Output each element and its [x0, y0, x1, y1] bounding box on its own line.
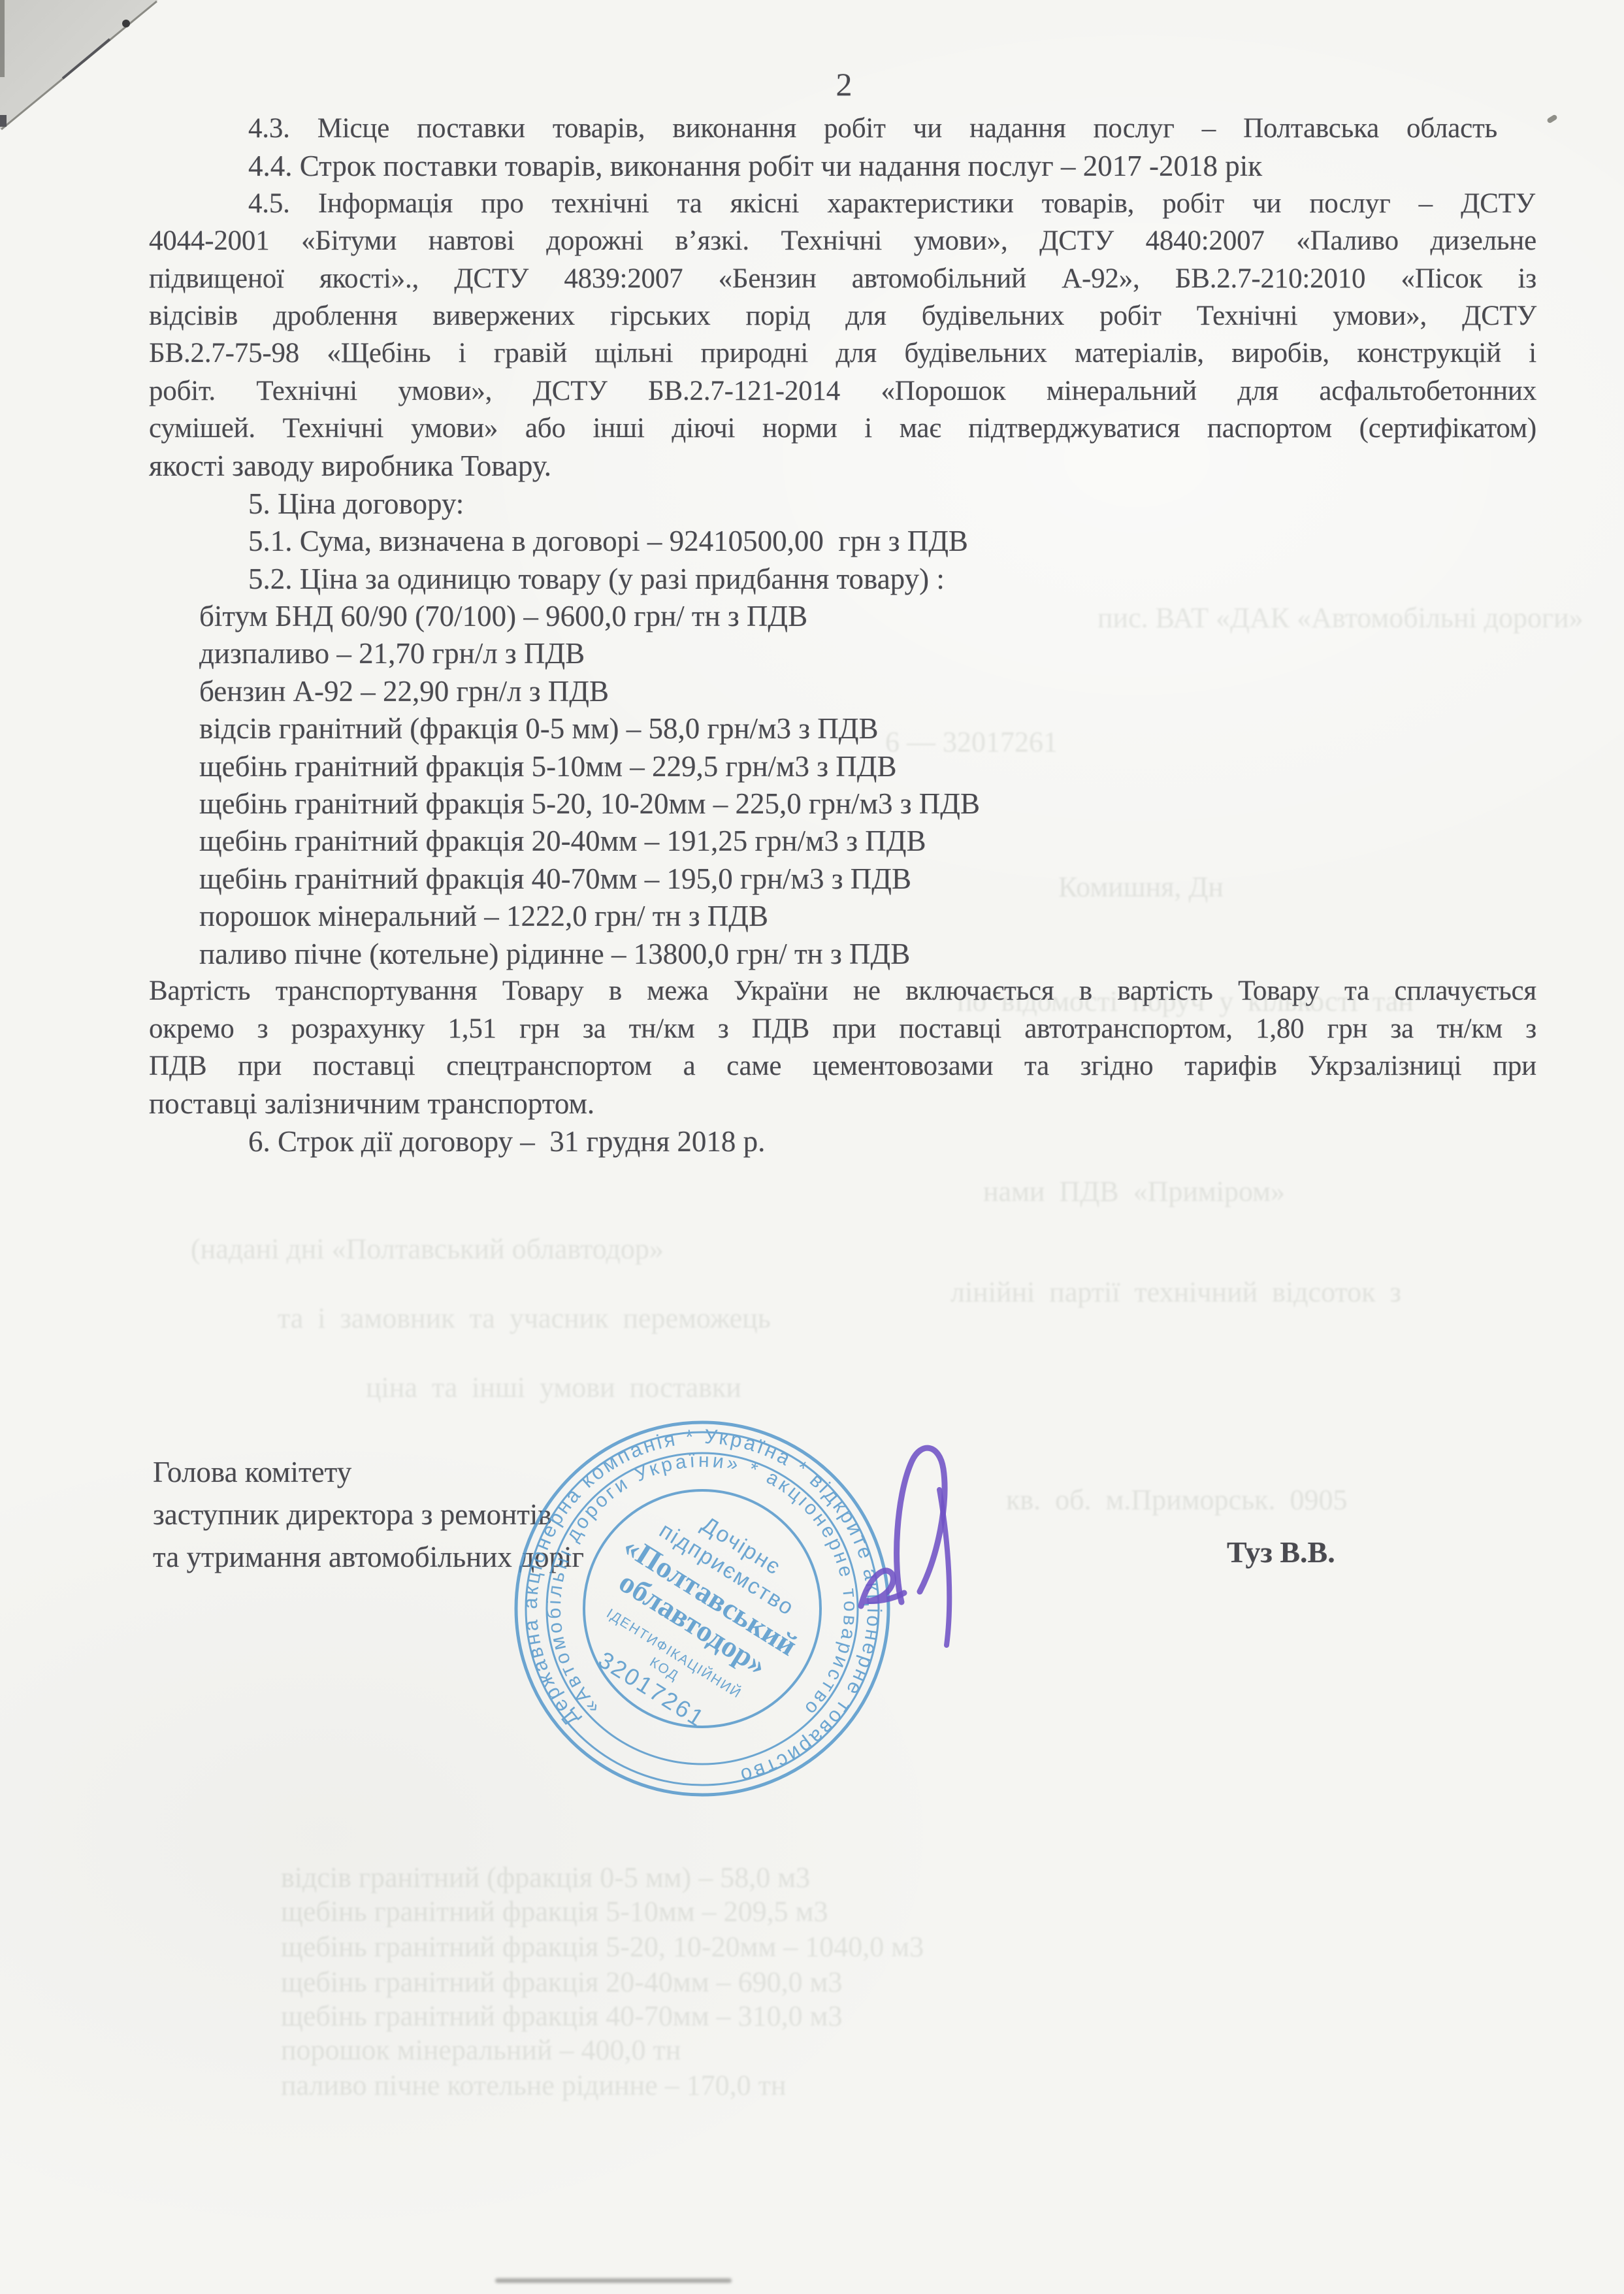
- scan-overlay: Державна акціонерна компанія * Україна *…: [0, 0, 1624, 2294]
- scan-crease-line: [0, 1, 157, 129]
- scanned-document-page: 2 пис. ВАТ «ДАК «Автомобільні дороги»6 —…: [0, 0, 1624, 2294]
- company-stamp: Державна акціонерна компанія * Україна *…: [443, 1349, 962, 1868]
- stamp-center-text: Дочірнє підприємство «Полтавський облавт…: [561, 1483, 832, 1753]
